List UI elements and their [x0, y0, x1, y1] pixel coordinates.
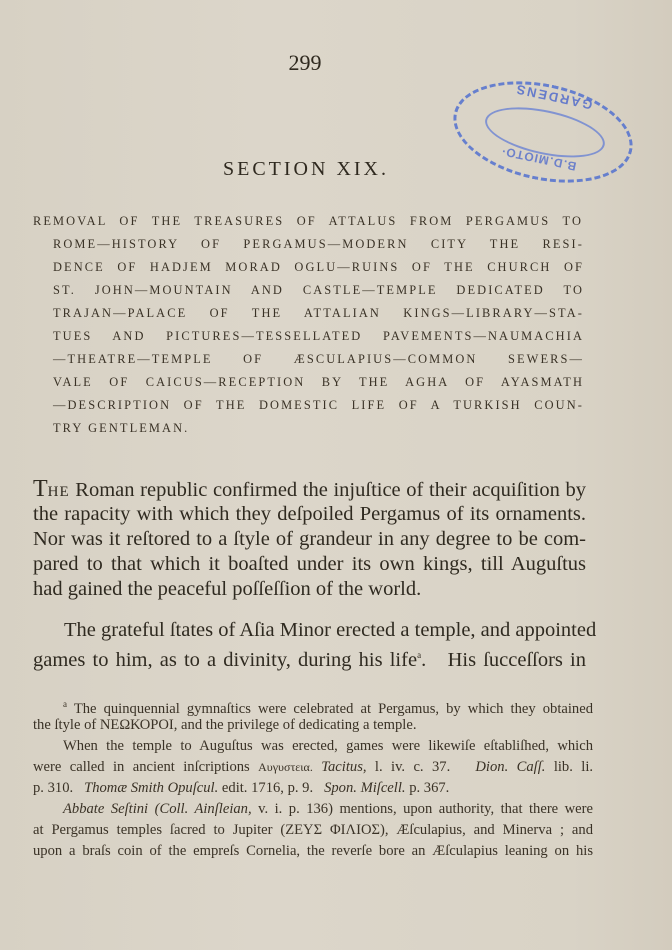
body-text: Roman republic confirmed the injuſtice o…	[70, 479, 586, 501]
book-page: 299 GARDENS B.D.MIOTO· SECTION XIX. REMO…	[0, 0, 672, 950]
summary-line: —THEATRE—TEMPLE OF ÆSCULAPIUS—COMMON SEW…	[53, 348, 584, 370]
summary-line: TRAJAN—PALACE OF THE ATTALIAN KINGS—LIBR…	[53, 302, 584, 324]
footnote-line: upon a braſs coin of the empreſs Corneli…	[33, 841, 593, 862]
footnote-line: the ſtyle of ΝΕΩΚΟΡΟΙ, and the privilege…	[33, 715, 593, 736]
paragraph-2: The grateful ſtates of Aſia Minor erecte…	[33, 618, 586, 668]
body-line: had gained the peaceful poſſeſſion of th…	[33, 577, 586, 602]
summary-line: TRY GENTLEMAN.	[53, 417, 189, 439]
section-title: SECTION XIX.	[0, 158, 612, 181]
citation: Dion. Caſſ.	[475, 759, 545, 775]
summary-line: DENCE OF HADJEM MORAD OGLU—RUINS OF THE …	[53, 256, 584, 278]
summary-line: ROME—HISTORY OF PERGAMUS—MODERN CITY THE…	[53, 233, 584, 255]
greek-text: Αυγυστεια.	[258, 760, 313, 774]
footnote-text: v. i. p. 136) mentions, upon authority, …	[252, 801, 593, 817]
citation: Tacitus	[321, 759, 363, 775]
footnote-text: p. 367.	[406, 780, 450, 796]
drop-cap: T	[33, 476, 48, 502]
body-line: The grateful ſtates of Aſia Minor erecte…	[33, 618, 586, 643]
citation: Spon. Miſcell.	[324, 780, 405, 796]
body-text: . His ſucceſſors in	[421, 649, 586, 671]
footnote-line: a The quinquennial gymnaſtics were celeb…	[33, 694, 593, 715]
body-line: the rapacity with which they deſpoiled P…	[33, 502, 586, 527]
footnote-line: were called in ancient inſcriptions Αυγυ…	[33, 757, 593, 778]
footnote-line: p. 310. Thomæ Smith Opuſcul. edit. 1716,…	[33, 778, 593, 799]
footnote-line: When the temple to Auguſtus was erected,…	[33, 736, 593, 757]
footnote-text: lib. li.	[545, 759, 593, 775]
citation: Abbate Seſtini (Coll. Ainſleian,	[63, 801, 252, 817]
summary-line: ST. JOHN—MOUNTAIN AND CASTLE—TEMPLE DEDI…	[53, 279, 584, 301]
body-line: games to him, as to a divinity, during h…	[33, 643, 586, 668]
paragraph-1: THE Roman republic confirmed the injuſti…	[33, 477, 586, 602]
footnotes: a The quinquennial gymnaſtics were celeb…	[33, 694, 593, 862]
summary-line: REMOVAL OF THE TREASURES OF ATTALUS FROM…	[33, 210, 583, 232]
body-line: Nor was it reſtored to a ſtyle of grande…	[33, 527, 586, 552]
summary-line: TUES AND PICTURES—TESSELLATED PAVEMENTS—…	[53, 325, 584, 347]
footnote-text: , l. iv. c. 37.	[363, 759, 476, 775]
body-line: pared to that which it boaſted under its…	[33, 552, 586, 577]
citation: Thomæ Smith Opuſcul.	[84, 780, 218, 796]
footnote-text: p. 310.	[33, 780, 84, 796]
summary-line: —DESCRIPTION OF THE DOMESTIC LIFE OF A T…	[53, 394, 584, 416]
small-caps: HE	[48, 484, 70, 500]
body-text: games to him, as to a divinity, during h…	[33, 649, 417, 671]
body-line: THE Roman republic confirmed the injuſti…	[33, 477, 586, 502]
page-number: 299	[0, 50, 610, 76]
footnote-text: were called in ancient inſcriptions	[33, 759, 258, 775]
footnote-line: Abbate Seſtini (Coll. Ainſleian, v. i. p…	[33, 799, 593, 820]
footnote-text: edit. 1716, p. 9.	[218, 780, 324, 796]
summary-line: VALE OF CAICUS—RECEPTION BY THE AGHA OF …	[53, 371, 584, 393]
footnote-line: at Pergamus temples ſacred to Jupiter (Ζ…	[33, 820, 593, 841]
